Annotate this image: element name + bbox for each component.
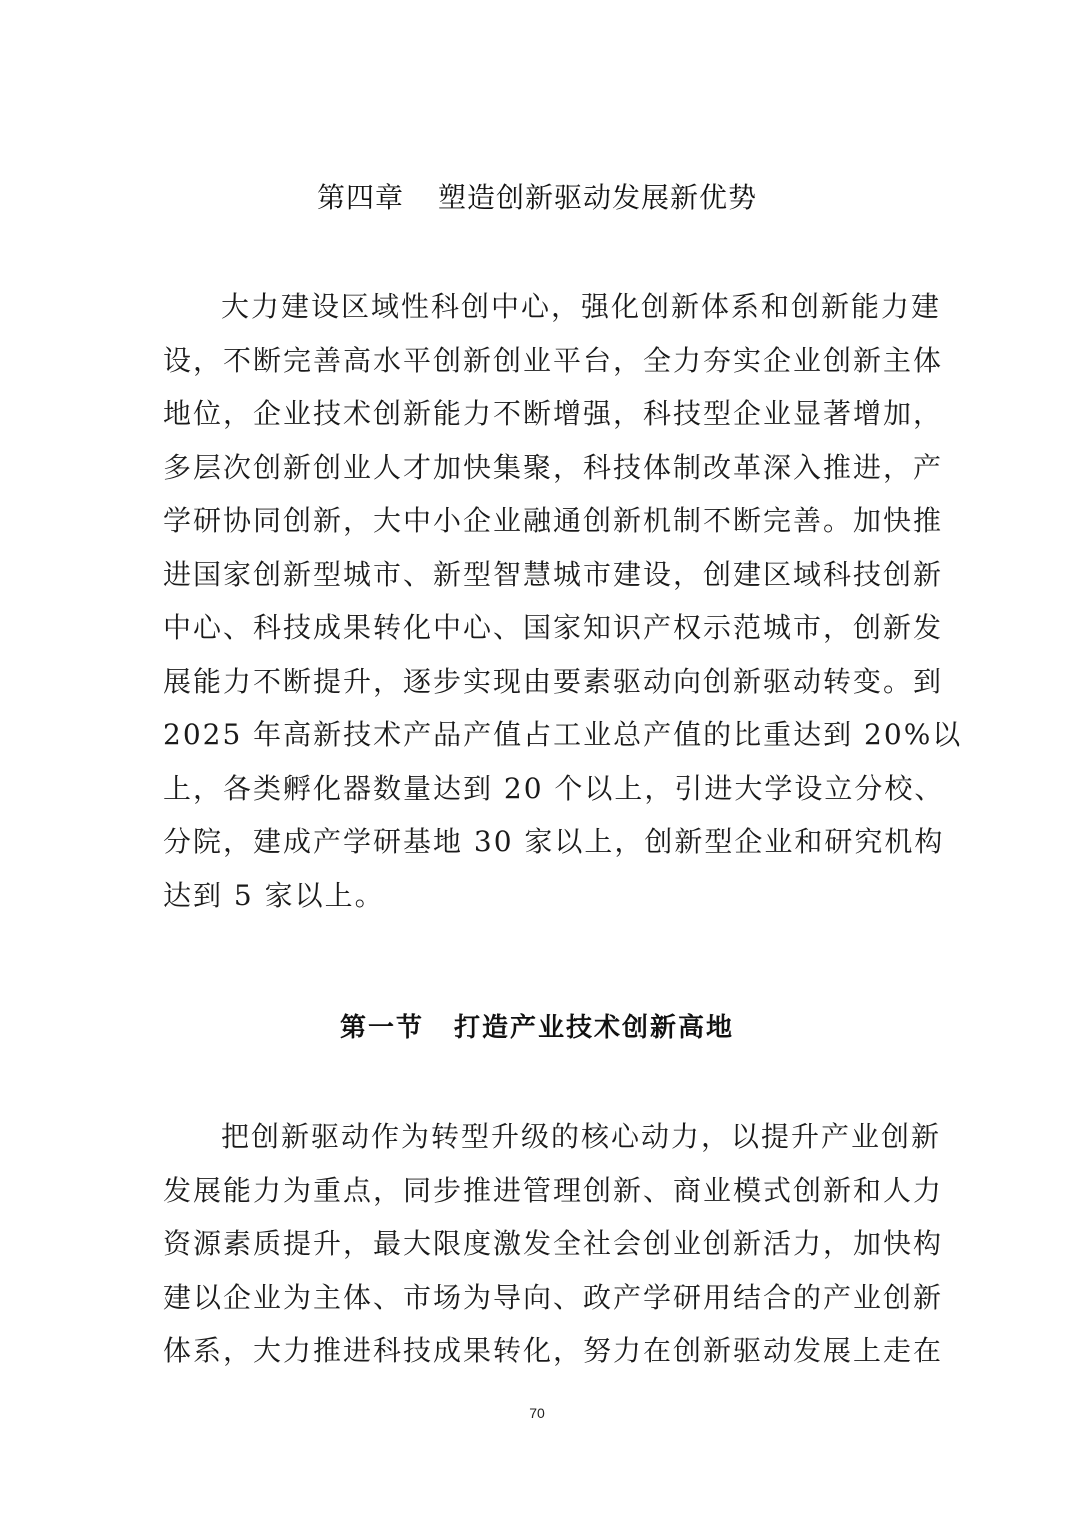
section-number: 第一节 (340, 1013, 424, 1043)
chapter-number: 第四章 (317, 181, 404, 214)
section-name: 打造产业技术创新高地 (454, 1013, 734, 1043)
chapter-title: 第四章塑造创新驱动发展新优势 (0, 178, 1074, 218)
paragraph-line: 体系，大力推进科技成果转化，努力在创新驱动发展上走在 (163, 1324, 913, 1378)
paragraph-line: 设，不断完善高水平创新创业平台，全力夯实企业创新主体 (163, 334, 913, 388)
paragraph-line: 展能力不断提升，逐步实现由要素驱动向创新驱动转变。到 (163, 655, 913, 709)
paragraph-line: 中心、科技成果转化中心、国家知识产权示范城市，创新发 (163, 601, 913, 655)
intro-paragraph: 大力建设区域性科创中心，强化创新体系和创新能力建 设，不断完善高水平创新创业平台… (163, 280, 913, 922)
section-paragraph: 把创新驱动作为转型升级的核心动力，以提升产业创新 发展能力为重点，同步推进管理创… (163, 1110, 913, 1378)
document-page: 第四章塑造创新驱动发展新优势 大力建设区域性科创中心，强化创新体系和创新能力建 … (0, 0, 1074, 1520)
paragraph-line: 达到 5 家以上。 (163, 869, 913, 923)
paragraph-line: 分院，建成产学研基地 30 家以上，创新型企业和研究机构 (163, 815, 913, 869)
paragraph-line: 发展能力为重点，同步推进管理创新、商业模式创新和人力 (163, 1164, 913, 1218)
section-title: 第一节打造产业技术创新高地 (0, 1008, 1074, 1048)
paragraph-line: 上，各类孵化器数量达到 20 个以上，引进大学设立分校、 (163, 762, 913, 816)
paragraph-line: 把创新驱动作为转型升级的核心动力，以提升产业创新 (163, 1110, 913, 1164)
paragraph-line: 学研协同创新，大中小企业融通创新机制不断完善。加快推 (163, 494, 913, 548)
paragraph-line: 2025 年高新技术产品产值占工业总产值的比重达到 20%以 (163, 708, 913, 762)
page-number: 70 (0, 1405, 1074, 1421)
paragraph-line: 多层次创新创业人才加快集聚，科技体制改革深入推进，产 (163, 441, 913, 495)
paragraph-line: 大力建设区域性科创中心，强化创新体系和创新能力建 (163, 280, 913, 334)
paragraph-line: 建以企业为主体、市场为导向、政产学研用结合的产业创新 (163, 1271, 913, 1325)
chapter-name: 塑造创新驱动发展新优势 (438, 181, 757, 214)
paragraph-line: 资源素质提升，最大限度激发全社会创业创新活力，加快构 (163, 1217, 913, 1271)
paragraph-line: 地位，企业技术创新能力不断增强，科技型企业显著增加， (163, 387, 913, 441)
paragraph-line: 进国家创新型城市、新型智慧城市建设，创建区域科技创新 (163, 548, 913, 602)
